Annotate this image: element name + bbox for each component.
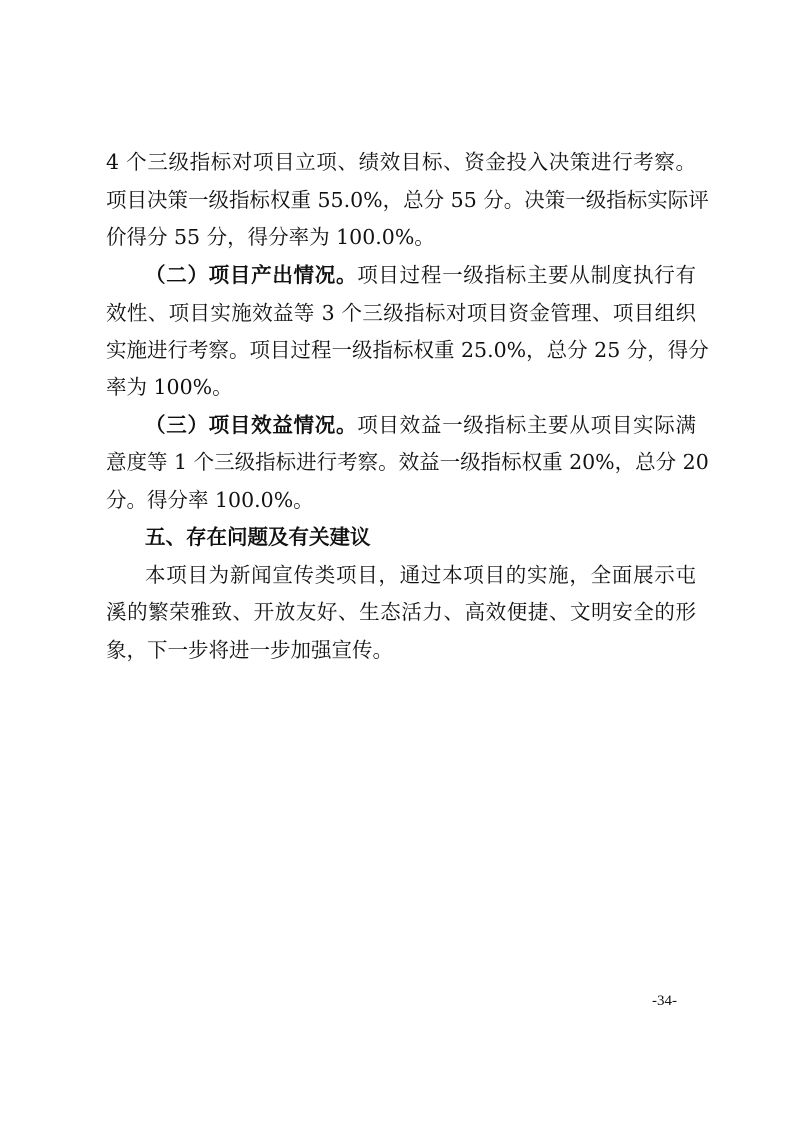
section-heading-output: （二）项目产出情况。: [145, 263, 357, 287]
paragraph-first-line: （三）项目效益情况。项目效益一级指标主要从项目实际满: [145, 413, 696, 437]
paragraph-line: 4 个三级指标对项目立项、绩效目标、资金投入决策进行考察。: [106, 150, 696, 174]
paragraph-first-line: （二）项目产出情况。项目过程一级指标主要从制度执行有: [145, 263, 696, 287]
paragraph-line: 价得分 55 分，得分率为 100.0%。: [106, 225, 696, 249]
paragraph-line: 率为 100%。: [106, 375, 696, 399]
section-heading-benefit: （三）项目效益情况。: [145, 413, 357, 437]
paragraph-text: 项目过程一级指标主要从制度执行有: [357, 263, 696, 287]
paragraph-line: 效性、项目实施效益等 3 个三级指标对项目资金管理、项目组织: [106, 301, 696, 325]
paragraph-line: 象，下一步将进一步加强宣传。: [106, 638, 696, 662]
paragraph-line: 实施进行考察。项目过程一级指标权重 25.0%，总分 25 分，得分: [106, 338, 696, 362]
paragraph-line: 分。得分率 100.0%。: [106, 488, 696, 512]
document-page: 4 个三级指标对项目立项、绩效目标、资金投入决策进行考察。 项目决策一级指标权重…: [0, 0, 793, 1122]
paragraph-text: 项目效益一级指标主要从项目实际满: [357, 413, 696, 437]
paragraph-line: 意度等 1 个三级指标进行考察。效益一级指标权重 20%，总分 20: [106, 450, 696, 474]
paragraph-line: 项目决策一级指标权重 55.0%，总分 55 分。决策一级指标实际评: [106, 188, 696, 212]
page-number: -34-: [652, 992, 677, 1010]
paragraph-line: 溪的繁荣雅致、开放友好、生态活力、高效便捷、文明安全的形: [106, 600, 696, 624]
section-heading-problems-suggestions: 五、存在问题及有关建议: [145, 525, 371, 549]
paragraph-first-line: 本项目为新闻宣传类项目，通过本项目的实施，全面展示屯: [145, 563, 696, 587]
